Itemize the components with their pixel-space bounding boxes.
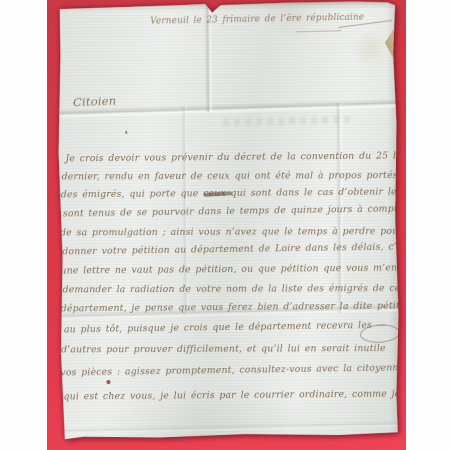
pen-flourish-short: [295, 30, 341, 32]
letter-photo: Verneuil le 23 frimaire de l’ère républi…: [47, 0, 406, 450]
red-ink-spot: [106, 380, 110, 384]
dateline-text: Verneuil le 23 frimaire de l’ère républi…: [150, 13, 364, 27]
paper-speck: [125, 131, 127, 134]
paper-shadow-wrap: Verneuil le 23 frimaire de l’ère républi…: [52, 1, 400, 441]
salutation-text: Citoien: [73, 93, 117, 109]
body-line-5: de sa promulgation ; ainsi vous n’avez q…: [60, 226, 400, 239]
letter-paper: Verneuil le 23 frimaire de l’ère républi…: [52, 1, 400, 441]
body-line-11: d’autres pour prouver difficilement, et …: [61, 343, 386, 355]
folded-corner: [383, 27, 395, 63]
body-line-10: au plus tôt, puisque je crois que le dép…: [64, 320, 386, 336]
body-line-7: une lettre ne vaut pas de pétition, ou q…: [60, 262, 400, 276]
body-line-4: sont tenus de se pourvoir dans le temps …: [63, 203, 400, 220]
ink-bleedthrough-smudge: [223, 116, 351, 126]
body-line-1: Je crois devoir vous prévenir du décret …: [65, 150, 399, 164]
fold-crease-horizontal-edge: [52, 420, 400, 436]
body-line-9: département, je pense que vous ferez bie…: [61, 300, 400, 314]
body-line-13: qui est chez vous, je lui écris par le c…: [63, 388, 399, 402]
body-line-6: donner votre pétition au département de …: [62, 241, 400, 258]
body-line-2: dernier, rendu en faveur de ceux qui ont…: [62, 170, 400, 183]
body-line-12: vos pièces : agissez promptement, consul…: [60, 362, 400, 378]
body-line-8: demander la radiation de votre nom de la…: [63, 283, 400, 296]
